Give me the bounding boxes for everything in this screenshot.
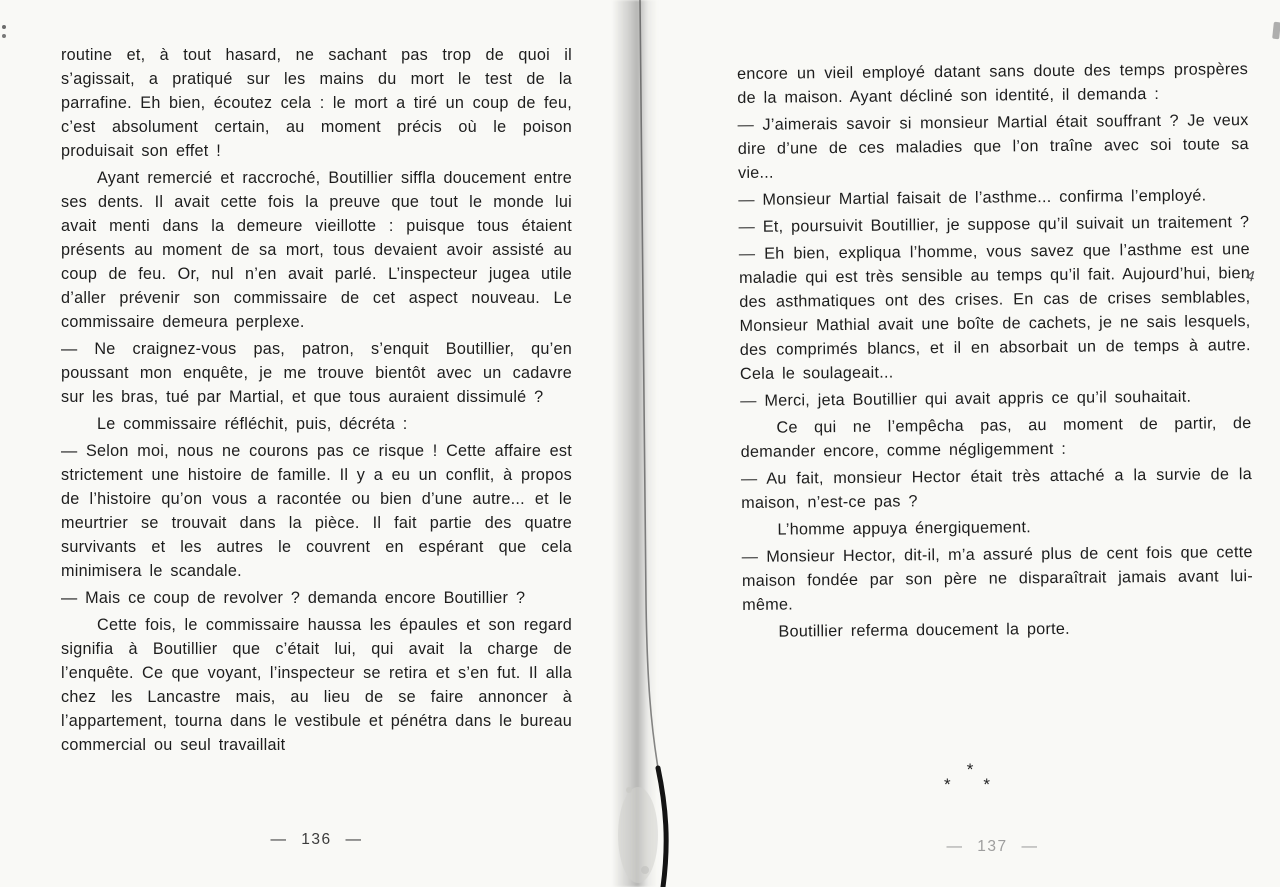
gutter-tear-line (0, 0, 1280, 887)
scan-smudge (1272, 22, 1280, 40)
scan-speck (2, 25, 6, 29)
book-scan: routine et, à tout hasard, ne sachant pa… (0, 0, 1280, 887)
